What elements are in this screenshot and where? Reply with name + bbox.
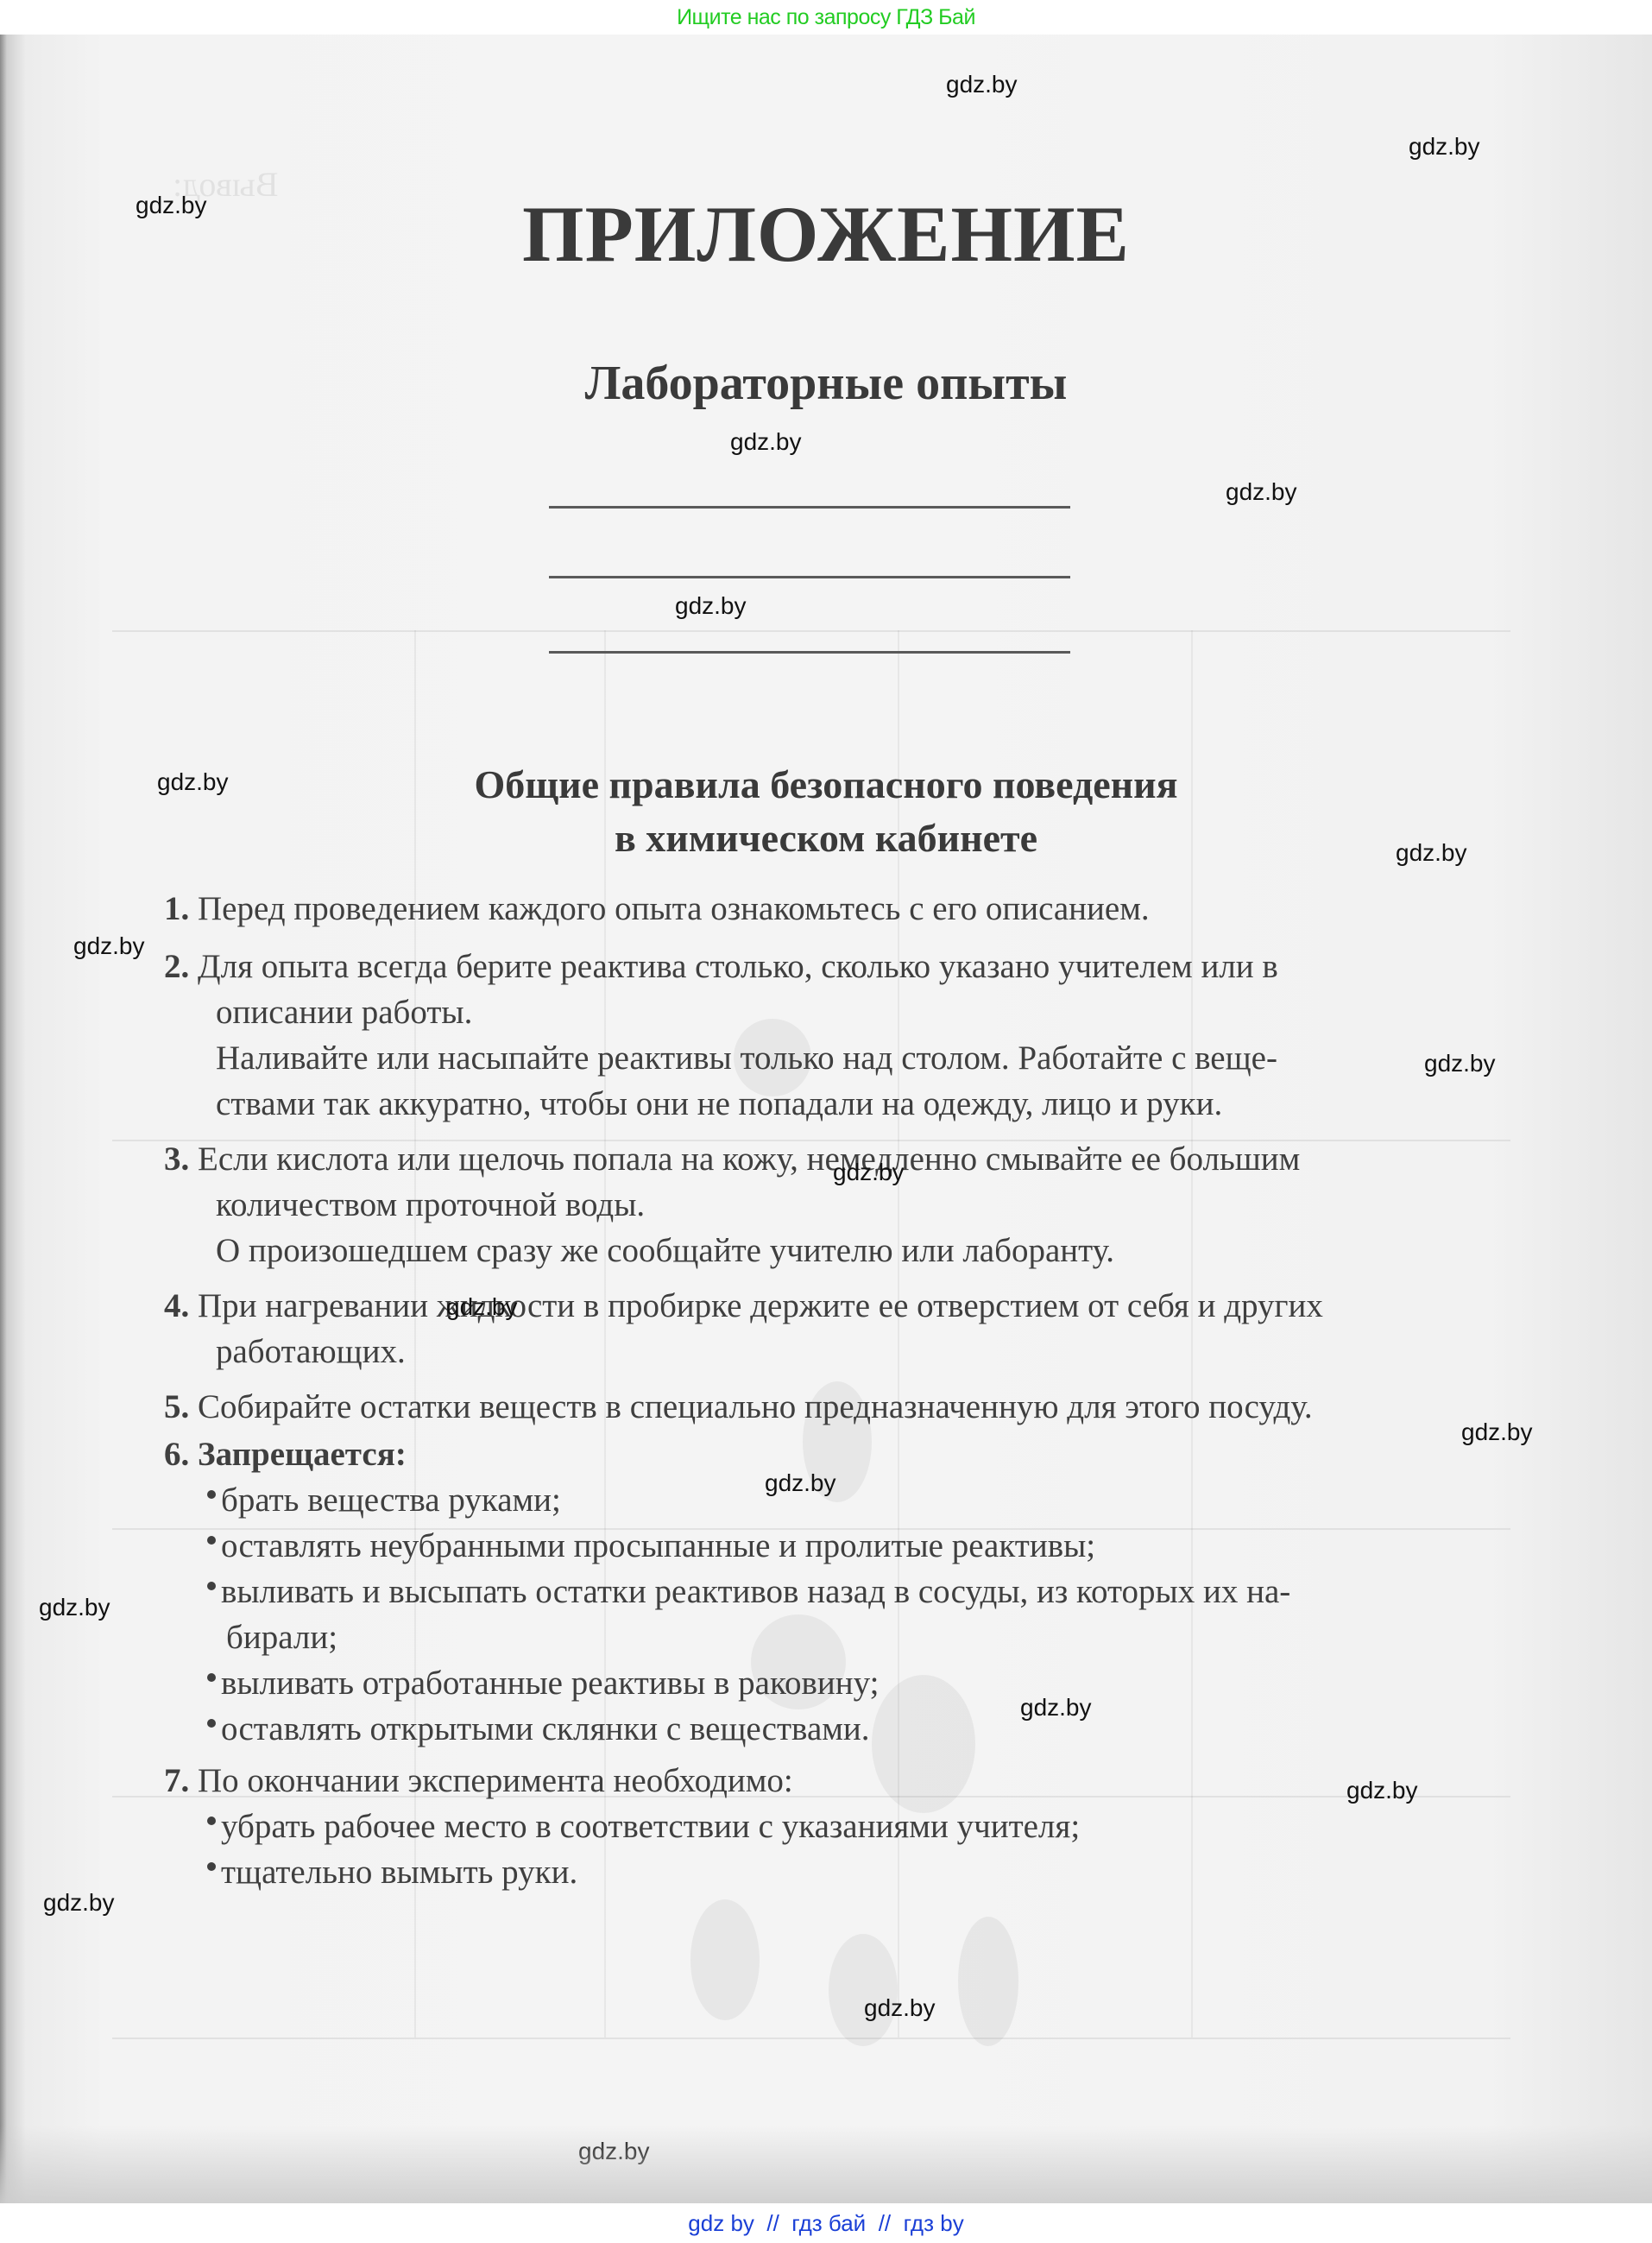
watermark: gdz.by xyxy=(833,1159,905,1186)
rule-number: 4. xyxy=(164,1287,189,1324)
rule-text: Если кислота или щелочь попала на кожу, … xyxy=(198,1140,1300,1178)
bullet-text: оставлять открытыми склянки с веществами… xyxy=(221,1710,870,1747)
bullet-icon xyxy=(207,1673,216,1682)
rule-text: При нагревании жидкости в пробирке держи… xyxy=(198,1287,1323,1324)
rule-number: 6. xyxy=(164,1436,189,1473)
rule-item-7: 7. По окончании эксперимента необходимо: xyxy=(164,1761,793,1800)
watermark: gdz.by xyxy=(1409,133,1480,161)
rule-text: Для опыта всегда берите реактива столько… xyxy=(198,948,1278,985)
rule-heading: Запрещается: xyxy=(198,1436,407,1473)
rule-number: 2. xyxy=(164,948,189,985)
watermark: gdz.by xyxy=(946,71,1018,98)
watermark: gdz.by xyxy=(73,932,145,960)
bullet-text: выливать отработанные реактивы в раковин… xyxy=(221,1665,879,1702)
watermark: gdz.by xyxy=(864,1994,936,2022)
rule-text: Собирайте остатки веществ в специально п… xyxy=(198,1388,1313,1425)
footer-link-gdz-by-cyr[interactable]: гдз by xyxy=(904,2210,964,2236)
footer-links: gdz by // гдз бай // гдз by xyxy=(0,2203,1652,2243)
rule-number: 7. xyxy=(164,1762,189,1799)
bullet-item: тщательно вымыть руки. xyxy=(207,1853,577,1892)
watermark: gdz.by xyxy=(1396,839,1467,867)
footer-link-gdz-by[interactable]: gdz by xyxy=(688,2210,754,2236)
rule-item-4: 4. При нагревании жидкости в пробирке де… xyxy=(164,1286,1323,1325)
watermark: gdz.by xyxy=(578,2138,650,2165)
bullet-icon xyxy=(207,1817,216,1825)
top-banner: Ищите нас по запросу ГДЗ Бай xyxy=(0,0,1652,35)
rule-number: 1. xyxy=(164,890,189,927)
watermark: gdz.by xyxy=(1424,1050,1496,1077)
footer-separator: // xyxy=(872,2210,897,2236)
answer-blank-line xyxy=(549,651,1070,654)
rule-text: Перед проведением каждого опыта ознакомь… xyxy=(198,890,1150,927)
rule-text-continued: Наливайте или насыпайте реактивы только … xyxy=(216,1039,1277,1077)
bullet-item: выливать отработанные реактивы в раковин… xyxy=(207,1664,879,1703)
bleed-through-molecule xyxy=(872,1675,975,1813)
scanned-page: Вывод: ПРИЛОЖЕНИЕ Лабораторные опыты Общ… xyxy=(0,35,1652,2203)
answer-blank-line xyxy=(549,506,1070,509)
bullet-icon xyxy=(207,1582,216,1590)
watermark: gdz.by xyxy=(157,768,229,796)
bleed-through-molecule xyxy=(958,1917,1018,2046)
page-title: ПРИЛОЖЕНИЕ xyxy=(0,188,1652,280)
watermark: gdz.by xyxy=(1226,478,1297,506)
bleed-through-molecule xyxy=(690,1899,760,2020)
section-title-line-1: Общие правила безопасного поведения xyxy=(0,758,1652,812)
rule-number: 5. xyxy=(164,1388,189,1425)
rule-text-continued: количеством проточной воды. xyxy=(216,1185,645,1224)
bullet-item: выливать и высыпать остатки реактивов на… xyxy=(207,1572,1290,1611)
rule-item-5: 5. Собирайте остатки веществ в специальн… xyxy=(164,1387,1313,1426)
rule-text-continued: описании работы. xyxy=(216,993,472,1032)
bullet-text: брать вещества руками; xyxy=(221,1482,561,1519)
bullet-text: выливать и высыпать остатки реактивов на… xyxy=(221,1573,1290,1610)
bullet-item: брать вещества руками; xyxy=(207,1481,561,1520)
bullet-icon xyxy=(207,1719,216,1728)
rule-number: 3. xyxy=(164,1140,189,1178)
watermark: gdz.by xyxy=(1461,1418,1533,1446)
watermark: gdz.by xyxy=(675,592,747,620)
rule-item-3: 3. Если кислота или щелочь попала на кож… xyxy=(164,1140,1300,1178)
watermark: gdz.by xyxy=(730,428,802,456)
watermark: gdz.by xyxy=(1020,1694,1092,1722)
watermark: gdz.by xyxy=(765,1469,836,1497)
watermark: gdz.by xyxy=(39,1594,110,1621)
bleed-through-rule xyxy=(112,2038,1510,2039)
rule-item-2: 2. Для опыта всегда берите реактива стол… xyxy=(164,947,1278,986)
bullet-icon xyxy=(207,1490,216,1499)
bullet-icon xyxy=(207,1862,216,1871)
rule-text-continued: работающих. xyxy=(216,1332,406,1371)
rule-item-6: 6. Запрещается: xyxy=(164,1435,407,1474)
bleed-through-rule xyxy=(112,630,1510,632)
rule-text: По окончании эксперимента необходимо: xyxy=(198,1762,793,1799)
bullet-icon xyxy=(207,1536,216,1545)
bullet-item: оставлять неубранными просыпанные и прол… xyxy=(207,1526,1095,1565)
bleed-through-molecule xyxy=(829,1934,898,2046)
footer-separator: // xyxy=(760,2210,785,2236)
page-subtitle: Лабораторные опыты xyxy=(0,356,1652,411)
footer-link-gdz-bai[interactable]: гдз бай xyxy=(791,2210,866,2236)
bullet-text: оставлять неубранными просыпанные и прол… xyxy=(221,1527,1095,1564)
rule-text-continued: О произошедшем сразу же сообщайте учител… xyxy=(216,1231,1114,1270)
bullet-text: убрать рабочее место в соответствии с ук… xyxy=(221,1808,1080,1845)
bullet-text-continued: бирали; xyxy=(226,1618,337,1657)
watermark: gdz.by xyxy=(136,192,207,219)
watermark: gdz.by xyxy=(446,1293,518,1321)
watermark: gdz.by xyxy=(43,1889,115,1917)
watermark: gdz.by xyxy=(1346,1777,1418,1804)
bullet-item: убрать рабочее место в соответствии с ук… xyxy=(207,1807,1080,1846)
rule-text-continued: ствами так аккуратно, чтобы они не попад… xyxy=(216,1084,1222,1123)
answer-blank-line xyxy=(549,576,1070,578)
rule-item-1: 1. Перед проведением каждого опыта ознак… xyxy=(164,889,1150,928)
bullet-text: тщательно вымыть руки. xyxy=(221,1854,577,1891)
bullet-item: оставлять открытыми склянки с веществами… xyxy=(207,1709,870,1748)
